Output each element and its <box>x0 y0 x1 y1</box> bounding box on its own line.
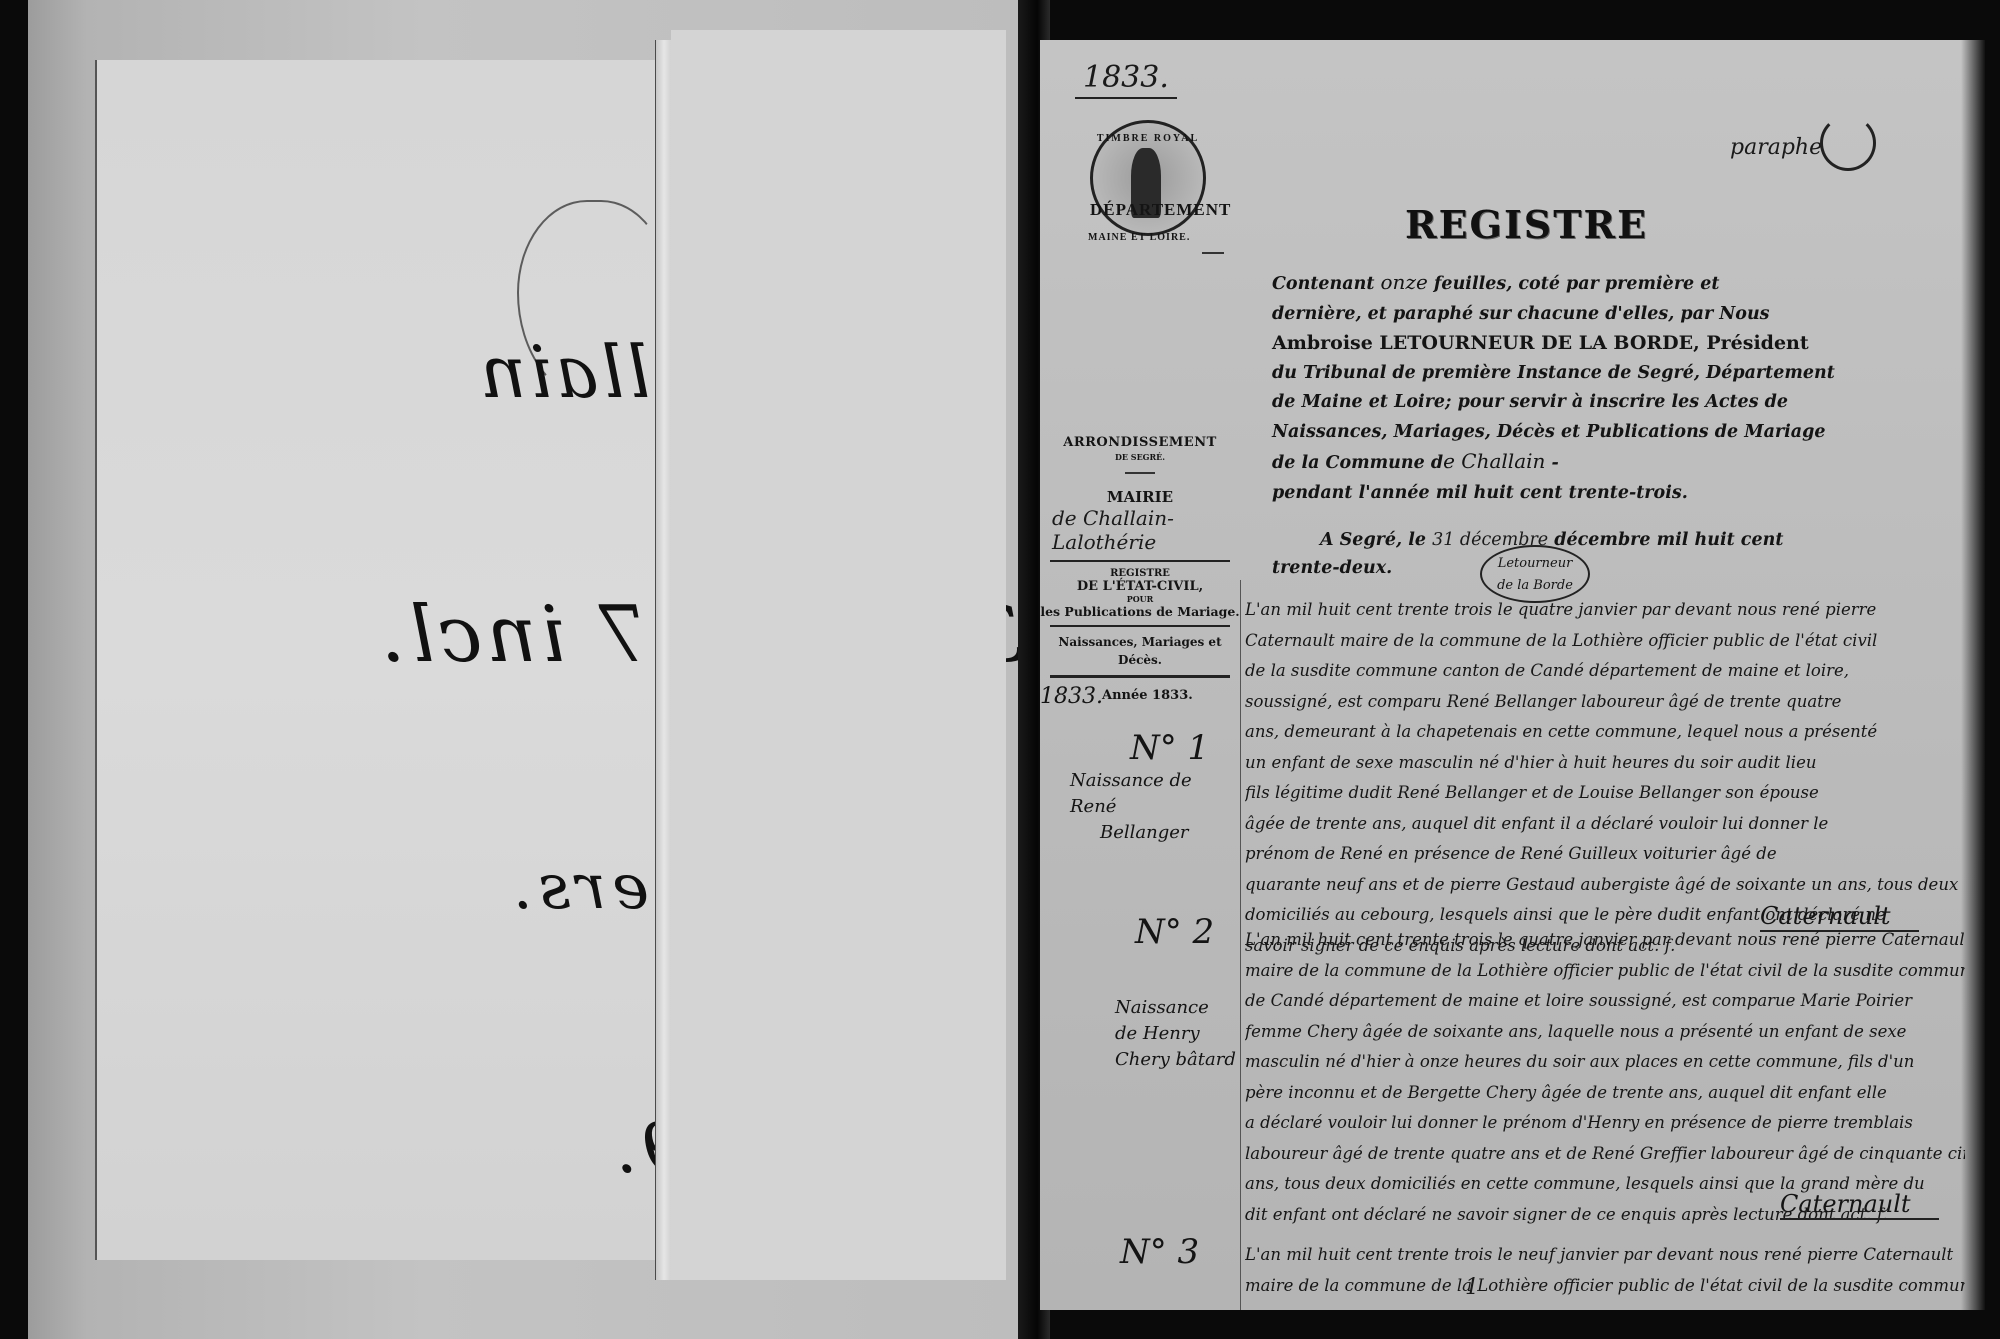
pour-label: POUR <box>1040 594 1240 604</box>
president-name: Ambroise LETOURNEUR DE LA BORDE, Préside… <box>1272 329 1762 359</box>
publications-label: les Publications de Mariage. <box>1040 604 1240 619</box>
divider <box>1202 252 1224 254</box>
handwritten-year: 1833. <box>1075 60 1177 99</box>
mairie-commune: de Challain-Lalothérie <box>1040 506 1240 554</box>
paraph-note: paraphe <box>1730 135 1822 160</box>
paraph-flourish-icon <box>1820 115 1876 171</box>
registre-label: REGISTRE <box>1040 568 1240 579</box>
right-page: 1833. TIMBRE ROYAL DÉPARTEMENT MAINE ET … <box>1040 40 1985 1310</box>
left-page-fold <box>655 40 672 1280</box>
filled-commune-name: e Challain <box>1443 449 1545 473</box>
register-preamble: Contenant onze feuilles, coté par premiè… <box>1272 268 1762 508</box>
seal-department-name: MAINE ET LOIRE. <box>1088 232 1190 243</box>
register-title: REGISTRE <box>1405 202 1648 247</box>
entry-text: L'an mil huit cent trente trois le neuf … <box>1245 1240 1965 1301</box>
annee-label: Année 1833. <box>1102 688 1193 703</box>
mairie-label: MAIRIE <box>1040 488 1240 506</box>
naissances-mariages-deces-label: Naissances, Mariages et Décès. <box>1040 633 1240 669</box>
place-date-continuation: trente-deux. <box>1272 558 1392 578</box>
margin-header: ARRONDISSEMENT DE SEGRÉ. MAIRIE de Chall… <box>1040 435 1240 710</box>
entry-text: L'an mil huit cent trente trois le quatr… <box>1245 925 1965 1230</box>
entry-number: N° 3 <box>1120 1232 1199 1272</box>
margin-handwritten-year: 1833. <box>1040 684 1103 709</box>
etat-civil-label: DE L'ÉTAT-CIVIL, <box>1040 579 1240 594</box>
page-folio-number: 1 <box>1465 1275 1479 1300</box>
seal-department-label: DÉPARTEMENT <box>1090 200 1231 220</box>
margin-rule <box>1240 580 1241 1310</box>
left-page-flap <box>671 30 1006 1280</box>
entry-number: N° 1 <box>1130 728 1209 768</box>
entry-margin-note: Naissance de René Bellanger <box>1070 768 1192 846</box>
entry-number: N° 2 <box>1135 912 1214 952</box>
divider <box>1125 472 1155 474</box>
mayor-signature: Caternault <box>1780 1190 1939 1220</box>
seal-ring-text: TIMBRE ROYAL <box>1093 133 1203 144</box>
entry-margin-note: Naissance de Henry Chery bâtard <box>1115 995 1236 1073</box>
divider <box>1050 560 1230 562</box>
divider <box>1050 675 1230 678</box>
arrondissement-name: DE SEGRÉ. <box>1040 452 1240 462</box>
filled-sheet-count: onze <box>1381 270 1428 294</box>
arrondissement-label: ARRONDISSEMENT <box>1040 435 1240 450</box>
divider <box>1050 625 1230 627</box>
